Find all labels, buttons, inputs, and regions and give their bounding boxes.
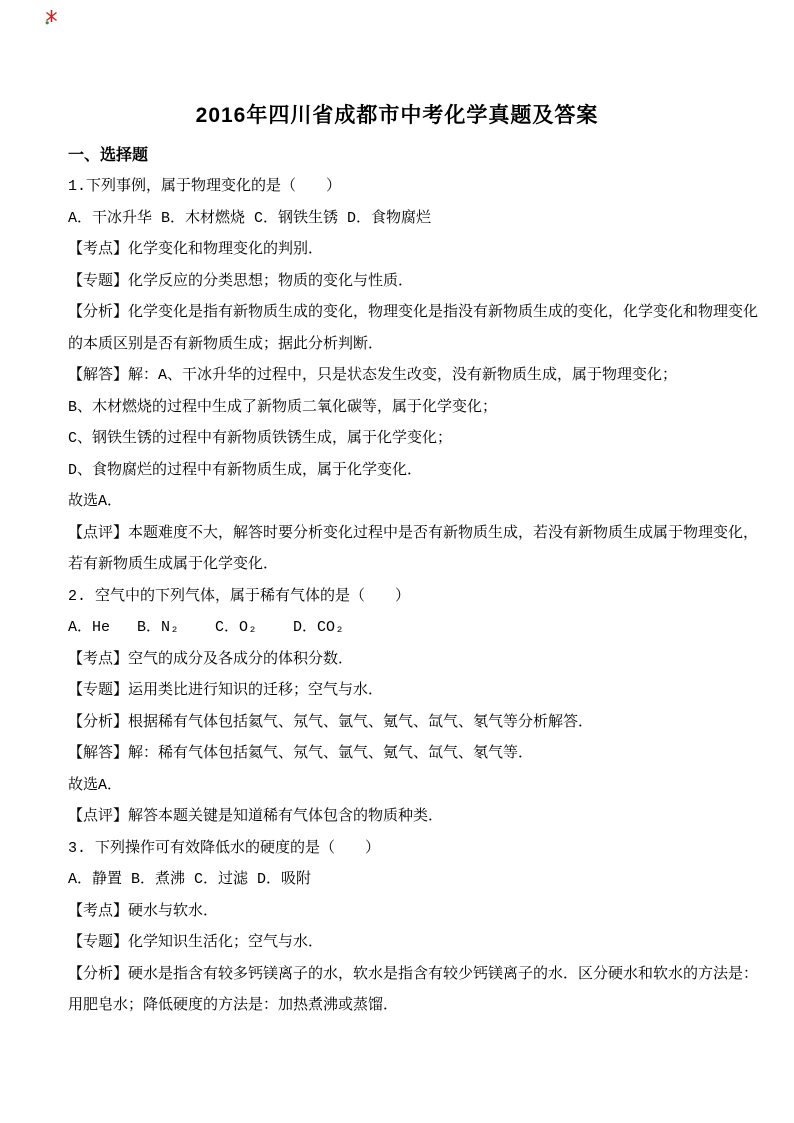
- document-line-fenxi-3b: 用肥皂水；降低硬度的方法是：加热煮沸或蒸馏．: [68, 990, 734, 1022]
- document-line-jieda-1d: D、食物腐烂的过程中有新物质生成，属于化学变化．: [68, 455, 734, 487]
- page-title: 2016年四川省成都市中考化学真题及答案: [0, 100, 794, 132]
- document-page: 2016年四川省成都市中考化学真题及答案 一、选择题 1.下列事例，属于物理变化…: [0, 0, 794, 1123]
- broken-image-icon: [44, 8, 59, 26]
- document-line-zhuanti-3: 【专题】化学知识生活化；空气与水．: [68, 927, 734, 959]
- document-line-jieda-1a: 【解答】解：A、干冰升华的过程中，只是状态发生改变，没有新物质生成，属于物理变化…: [68, 360, 734, 392]
- document-line-question-1: 1.下列事例，属于物理变化的是（ ）: [68, 171, 734, 203]
- document-line-zhuanti-1: 【专题】化学反应的分类思想；物质的变化与性质．: [68, 266, 734, 298]
- document-line-dianping-1b: 若有新物质生成属于化学变化．: [68, 549, 734, 581]
- document-line-jieda-1b: B、木材燃烧的过程中生成了新物质二氧化碳等，属于化学变化；: [68, 392, 734, 424]
- document-line-question-2: 2. 空气中的下列气体，属于稀有气体的是（ ）: [68, 581, 734, 613]
- document-line-question-3: 3. 下列操作可有效降低水的硬度的是（ ）: [68, 833, 734, 865]
- document-line-fenxi-1a: 【分析】化学变化是指有新物质生成的变化，物理变化是指没有新物质生成的变化，化学变…: [68, 297, 734, 329]
- document-line-dianping-1a: 【点评】本题难度不大，解答时要分析变化过程中是否有新物质生成，若没有新物质生成属…: [68, 518, 734, 550]
- document-line-options-2: A．He B．N₂ C．O₂ D．CO₂: [68, 612, 734, 644]
- document-line-options-1: A．干冰升华 B．木材燃烧 C．钢铁生锈 D．食物腐烂: [68, 203, 734, 235]
- document-line-jieda-1c: C、钢铁生锈的过程中有新物质铁锈生成，属于化学变化；: [68, 423, 734, 455]
- document-line-options-3: A．静置 B．煮沸 C．过滤 D．吸附: [68, 864, 734, 896]
- document-line-fenxi-3a: 【分析】硬水是指含有较多钙镁离子的水，软水是指含有较少钙镁离子的水．区分硬水和软…: [68, 959, 734, 991]
- document-line-answer-2: 故选A．: [68, 770, 734, 802]
- document-line-dianping-2: 【点评】解答本题关键是知道稀有气体包含的物质种类．: [68, 801, 734, 833]
- document-line-kaodian-2: 【考点】空气的成分及各成分的体积分数．: [68, 644, 734, 676]
- document-line-answer-1: 故选A．: [68, 486, 734, 518]
- section-heading: 一、选择题: [68, 145, 148, 167]
- document-body: 1.下列事例，属于物理变化的是（ ） A．干冰升华 B．木材燃烧 C．钢铁生锈 …: [68, 171, 734, 1022]
- document-line-kaodian-3: 【考点】硬水与软水．: [68, 896, 734, 928]
- document-line-kaodian-1: 【考点】化学变化和物理变化的判别．: [68, 234, 734, 266]
- document-line-fenxi-2: 【分析】根据稀有气体包括氦气、氖气、氩气、氪气、氙气、氡气等分析解答．: [68, 707, 734, 739]
- document-line-jieda-2: 【解答】解：稀有气体包括氦气、氖气、氩气、氪气、氙气、氡气等．: [68, 738, 734, 770]
- document-line-fenxi-1b: 的本质区别是否有新物质生成；据此分析判断．: [68, 329, 734, 361]
- document-line-zhuanti-2: 【专题】运用类比进行知识的迁移；空气与水．: [68, 675, 734, 707]
